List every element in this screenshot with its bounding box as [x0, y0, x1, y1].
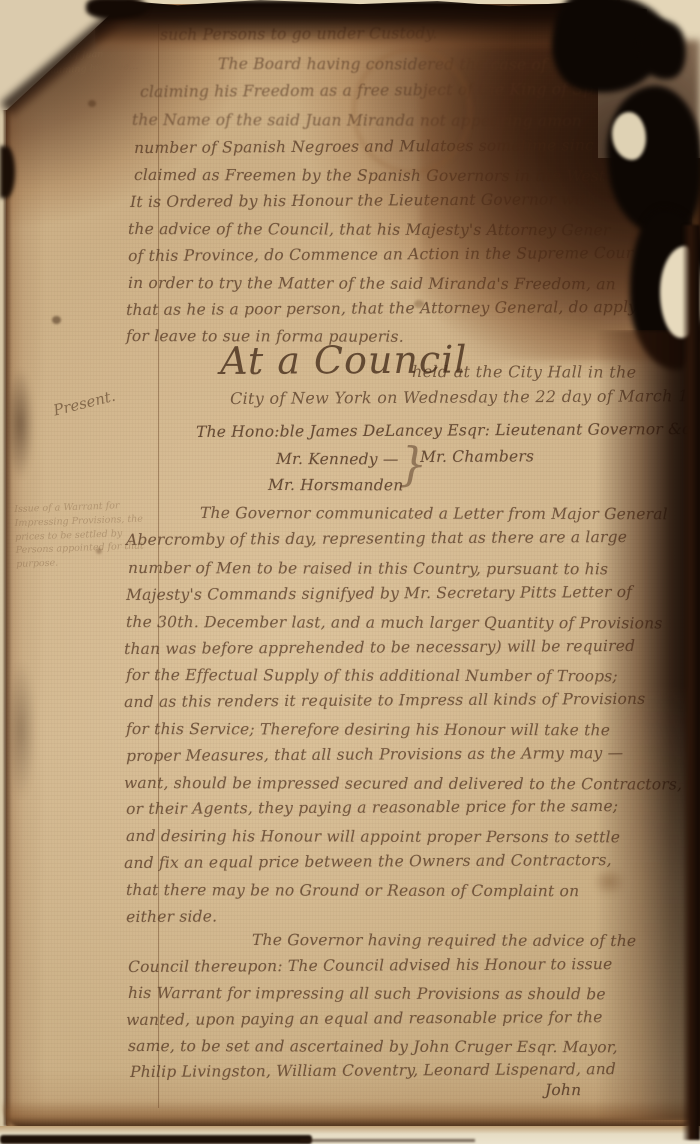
foxing-spot-2 [88, 100, 96, 107]
manuscript-line: wanted, upon paying an equal and reasona… [126, 1010, 603, 1028]
foxing-spot-1 [52, 316, 61, 324]
manuscript-line: } [398, 441, 428, 487]
manuscript-line: Abercromby of this day, representing tha… [126, 530, 627, 549]
manuscript-line: number of Men to be raised in this Count… [128, 561, 608, 578]
manuscript-line: John [545, 1083, 581, 1099]
manuscript-line: for this Service; Therefore desiring his… [126, 722, 610, 739]
manuscript-line: the 30th. December last, and a much larg… [126, 615, 663, 632]
manuscript-line: same, to be set and ascertained by John … [128, 1039, 618, 1056]
manuscript-line: his Warrant for impressing all such Prov… [128, 986, 606, 1003]
manuscript-line: and as this renders it requisite to Impr… [124, 692, 645, 711]
manuscript-line: Council thereupon: The Council advised h… [128, 957, 612, 975]
manuscript-line: for the Effectual Supply of this additio… [126, 668, 618, 685]
foxing-spot-4 [414, 300, 424, 308]
manuscript-line: Mr. Kennedy — [276, 452, 399, 468]
binding-gutter-shadow [682, 225, 700, 1140]
manuscript-line: either side. [126, 909, 217, 925]
manuscript-scan: … in case of Juan ……da claiming his Free… [0, 0, 700, 1144]
manuscript-line: that there may be no Ground or Reason of… [126, 883, 579, 900]
manuscript-line: or their Agents, they paying a reasonabl… [126, 799, 618, 818]
manuscript-line: proper Measures, that all such Provision… [126, 746, 623, 765]
manuscript-line: Mr. Horsmanden [268, 478, 403, 494]
manuscript-line: Mr. Chambers [420, 449, 534, 465]
ring-stain [352, 48, 472, 174]
edge-smudge-1 [6, 368, 34, 480]
underlying-page-dark-band-thin [300, 1139, 475, 1142]
manuscript-line: Philip Livingston, William Coventry, Leo… [130, 1062, 616, 1080]
edge-smudge-2 [6, 660, 36, 800]
manuscript-line: and fix an equal price between the Owner… [124, 853, 612, 871]
manuscript-line: Present. [52, 389, 117, 419]
manuscript-line: The Governor having required the advice … [252, 933, 636, 950]
manuscript-line: than was before apprehended to be necess… [124, 639, 635, 658]
manuscript-line: and desiring his Honour will appoint pro… [126, 829, 620, 846]
manuscript-line: Majesty's Commands signifyed by Mr. Secr… [126, 585, 632, 604]
underlying-page-dark-band [0, 1135, 312, 1144]
foxing-spot-3 [96, 548, 102, 554]
